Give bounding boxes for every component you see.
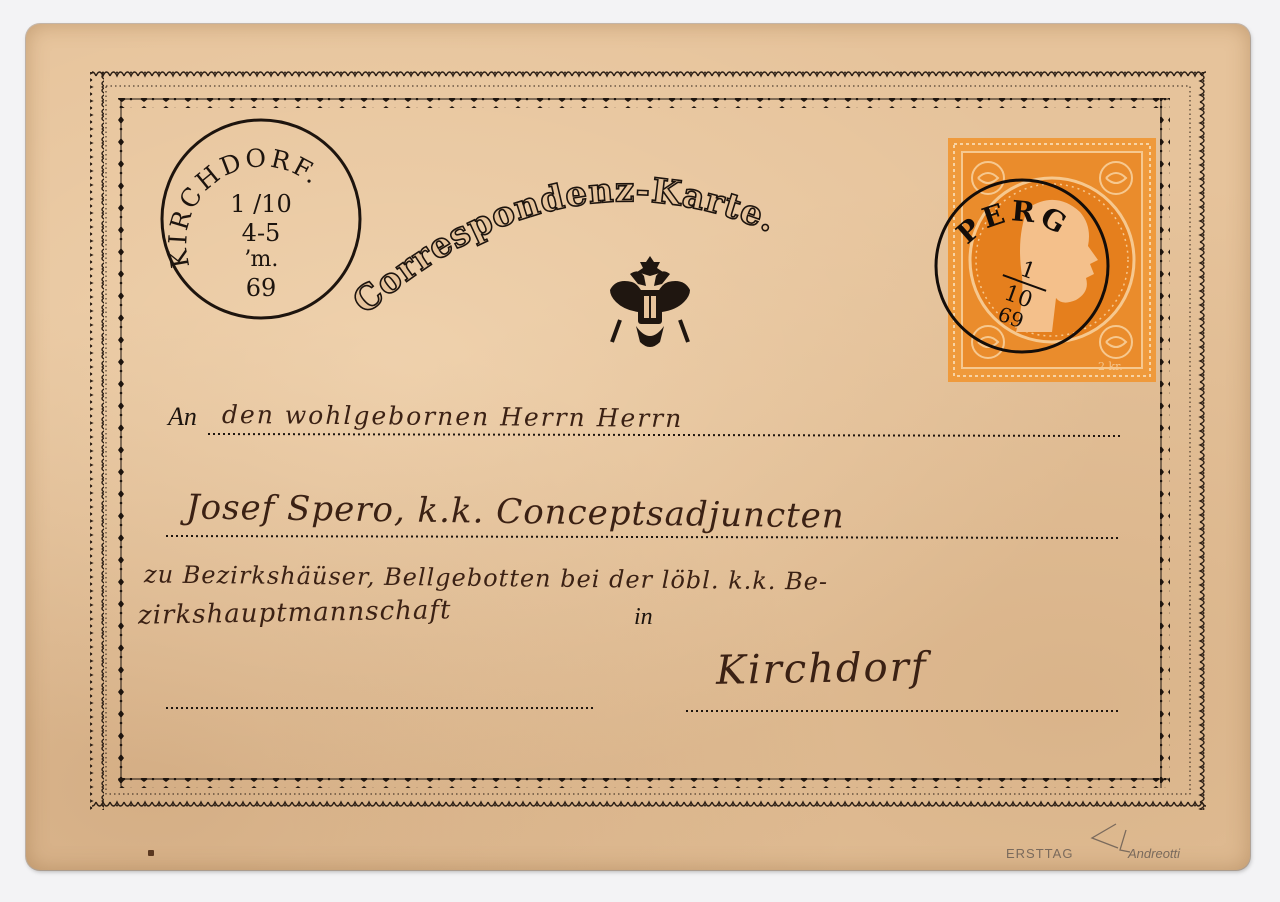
in-label: in [634, 604, 653, 631]
pencil-mark [1086, 820, 1166, 860]
address-prefix: An [168, 402, 197, 432]
address-lines [26, 24, 1250, 870]
postcard: Correspondenz-Karte. KIRCHDORF. 1 /10 4-… [26, 24, 1250, 870]
ersttag-annotation: ERSTTAG [1006, 846, 1073, 861]
ink-speck [148, 850, 154, 856]
town-handwriting: Kirchdorf [716, 644, 928, 694]
address-line4-handwriting: zirkshauptmannschaft [138, 595, 452, 630]
salutation-handwriting: den wohlgebornen Herrn Herrn [222, 400, 684, 433]
